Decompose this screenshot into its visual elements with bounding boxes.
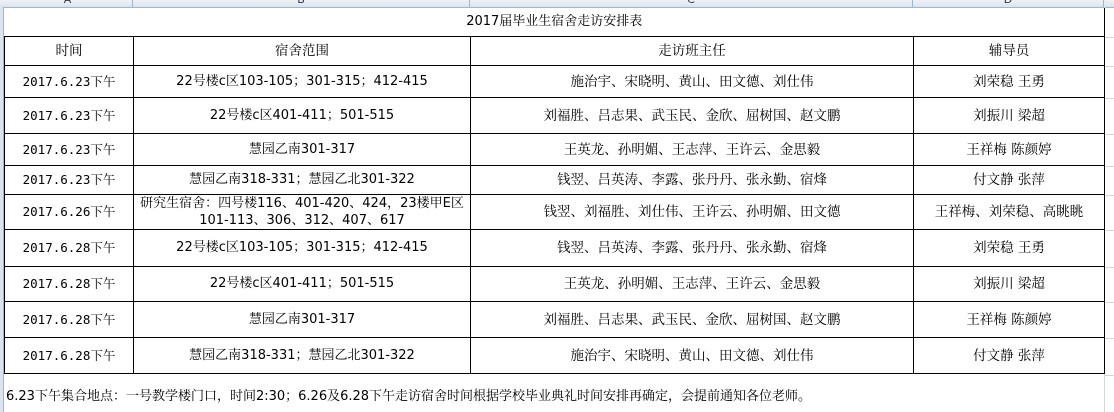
cell-range[interactable]: 慧园乙南301-317 xyxy=(134,302,471,338)
cell-teachers[interactable]: 钱翌、刘福胜、刘仕伟、王许云、孙明媚、田文德 xyxy=(471,195,914,230)
cell-counselors[interactable]: 刘振川 梁超 xyxy=(914,98,1105,134)
cell-counselors[interactable]: 刘振川 梁超 xyxy=(914,267,1105,302)
table-row: 2017.6.23下午 22号楼c区103-105；301-315；412-41… xyxy=(5,66,1105,98)
cell-time[interactable]: 2017.6.28下午 xyxy=(5,230,134,267)
cell-range[interactable]: 慧园乙南301-317 xyxy=(134,134,471,166)
cell-counselors[interactable]: 王祥梅、刘荣稳、高眺眺 xyxy=(914,195,1105,230)
cell-counselors[interactable]: 王祥梅 陈颜婷 xyxy=(914,134,1105,166)
header-teachers[interactable]: 走访班主任 xyxy=(471,37,914,66)
table-row: 2017.6.28下午 慧园乙南318-331；慧园乙北301-322 施治宇、… xyxy=(5,338,1105,374)
cell-range[interactable]: 22号楼c区401-411；501-515 xyxy=(134,98,471,134)
table-row: 2017.6.23下午 22号楼c区401-411；501-515 刘福胜、吕志… xyxy=(5,98,1105,134)
cell-teachers[interactable]: 钱翌、吕英涛、李露、张丹丹、张永勤、宿烽 xyxy=(471,166,914,195)
table-title[interactable]: 2017届毕业生宿舍走访安排表 xyxy=(5,8,1105,37)
header-time[interactable]: 时间 xyxy=(5,37,134,66)
cell-range[interactable]: 22号楼c区103-105；301-315；412-415 xyxy=(134,230,471,267)
cell-teachers[interactable]: 施治宇、宋晓明、黄山、田文德、刘仕伟 xyxy=(471,338,914,374)
cell-time[interactable]: 2017.6.28下午 xyxy=(5,338,134,374)
table-row: 2017.6.28下午 慧园乙南301-317 刘福胜、吕志果、武玉民、金欣、屈… xyxy=(5,302,1105,338)
table-row: 2017.6.28下午 22号楼c区103-105；301-315；412-41… xyxy=(5,230,1105,267)
column-header-d[interactable]: D xyxy=(913,0,1104,7)
table-row: 2017.6.23下午 慧园乙南301-317 王英龙、孙明媚、王志萍、王许云、… xyxy=(5,134,1105,166)
cell-counselors[interactable]: 刘荣稳 王勇 xyxy=(914,66,1105,98)
column-header-c[interactable]: C xyxy=(470,0,913,7)
cell-teachers[interactable]: 施治宇、宋晓明、黄山、田文德、刘仕伟 xyxy=(471,66,914,98)
cell-counselors[interactable]: 王祥梅 陈颜婷 xyxy=(914,302,1105,338)
cell-time[interactable]: 2017.6.23下午 xyxy=(5,66,134,98)
cell-time[interactable]: 2017.6.23下午 xyxy=(5,166,134,195)
empty-grid-area xyxy=(1104,7,1114,412)
header-counselors[interactable]: 辅导员 xyxy=(914,37,1105,66)
header-row: 时间 宿舍范围 走访班主任 辅导员 xyxy=(5,37,1105,66)
cell-time[interactable]: 2017.6.28下午 xyxy=(5,267,134,302)
cell-counselors[interactable]: 刘荣稳 王勇 xyxy=(914,230,1105,267)
column-header-a[interactable]: A xyxy=(3,0,133,7)
table-row: 2017.6.28下午 22号楼c区401-411；501-515 王英龙、孙明… xyxy=(5,267,1105,302)
cell-teachers[interactable]: 王英龙、孙明媚、王志萍、王许云、金思毅 xyxy=(471,267,914,302)
cell-teachers[interactable]: 刘福胜、吕志果、武玉民、金欣、屈树国、赵文鹏 xyxy=(471,98,914,134)
column-header-strip: A B C D xyxy=(0,0,1114,8)
table-row: 2017.6.23下午 慧园乙南318-331；慧园乙北301-322 钱翌、吕… xyxy=(5,166,1105,195)
cell-range[interactable]: 22号楼c区401-411；501-515 xyxy=(134,267,471,302)
cell-range[interactable]: 研究生宿舍：四号楼116、401-420、424，23楼甲E区101-113、3… xyxy=(134,195,471,230)
schedule-table: 2017届毕业生宿舍走访安排表 时间 宿舍范围 走访班主任 辅导员 2017.6… xyxy=(4,8,1105,374)
cell-range[interactable]: 慧园乙南318-331；慧园乙北301-322 xyxy=(134,338,471,374)
cell-counselors[interactable]: 付文静 张萍 xyxy=(914,166,1105,195)
cell-teachers[interactable]: 钱翌、吕英涛、李露、张丹丹、张永勤、宿烽 xyxy=(471,230,914,267)
cell-teachers[interactable]: 刘福胜、吕志果、武玉民、金欣、屈树国、赵文鹏 xyxy=(471,302,914,338)
cell-range[interactable]: 慧园乙南318-331；慧园乙北301-322 xyxy=(134,166,471,195)
cell-time[interactable]: 2017.6.28下午 xyxy=(5,302,134,338)
cell-counselors[interactable]: 付文静 张萍 xyxy=(914,338,1105,374)
column-header-b[interactable]: B xyxy=(133,0,470,7)
title-row: 2017届毕业生宿舍走访安排表 xyxy=(5,8,1105,37)
header-range[interactable]: 宿舍范围 xyxy=(134,37,471,66)
footer-note[interactable]: 6.23下午集合地点：一号教学楼门口，时间2:30；6.26及6.28下午走访宿… xyxy=(6,385,811,404)
cell-range[interactable]: 22号楼c区103-105；301-315；412-415 xyxy=(134,66,471,98)
cell-teachers[interactable]: 王英龙、孙明媚、王志萍、王许云、金思毅 xyxy=(471,134,914,166)
cell-time[interactable]: 2017.6.26下午 xyxy=(5,195,134,230)
cell-time[interactable]: 2017.6.23下午 xyxy=(5,134,134,166)
cell-time[interactable]: 2017.6.23下午 xyxy=(5,98,134,134)
table-row: 2017.6.26下午 研究生宿舍：四号楼116、401-420、424，23楼… xyxy=(5,195,1105,230)
